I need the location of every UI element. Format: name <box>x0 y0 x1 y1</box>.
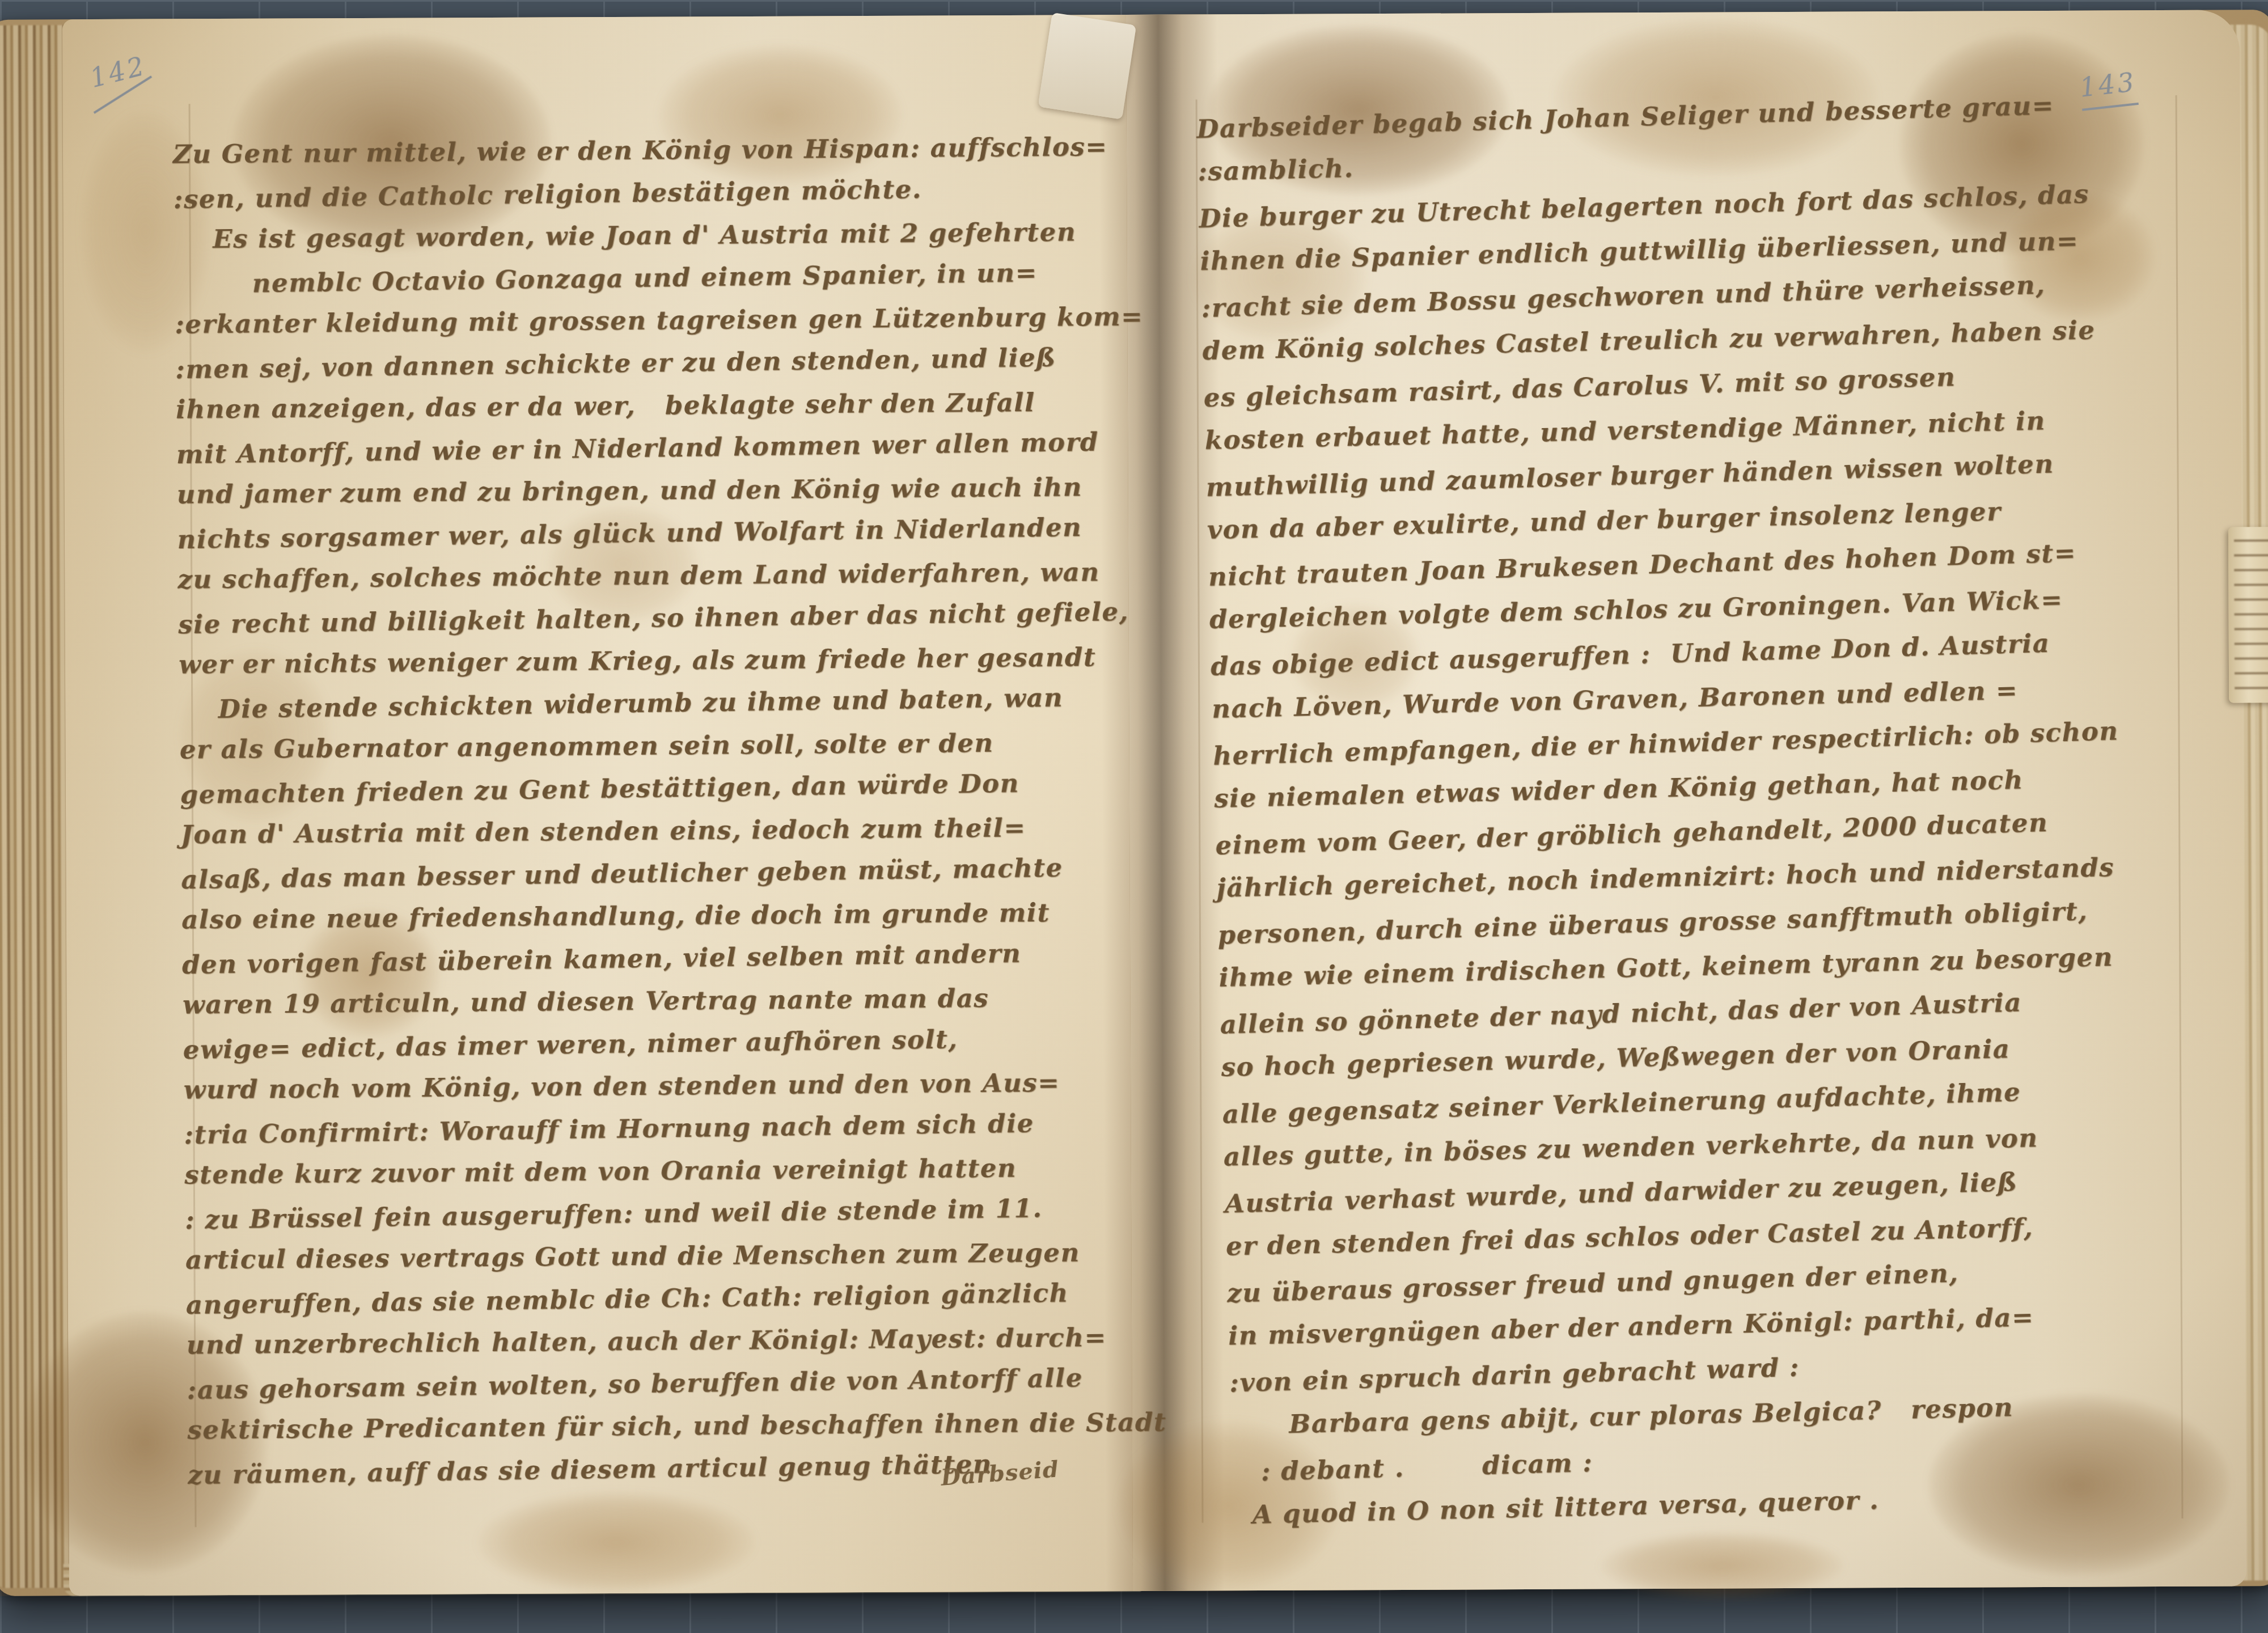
left-page-handwriting: Zu Gent nur mittel, wie er den König von… <box>172 124 1118 1495</box>
index-tab-writing <box>2234 539 2268 690</box>
index-tab <box>2228 527 2268 703</box>
right-page-handwriting: Darbseider begab sich Johan Seliger und … <box>1196 80 2220 1539</box>
paper-slip-in-gutter <box>1038 12 1136 120</box>
photo-of-manuscript-on-cutting-mat: 142 143 Zu Gent nur mittel, wie er den K… <box>0 0 2268 1633</box>
open-manuscript-book: 142 143 Zu Gent nur mittel, wie er den K… <box>0 10 2268 1596</box>
ink-stain <box>1600 1532 1844 1601</box>
